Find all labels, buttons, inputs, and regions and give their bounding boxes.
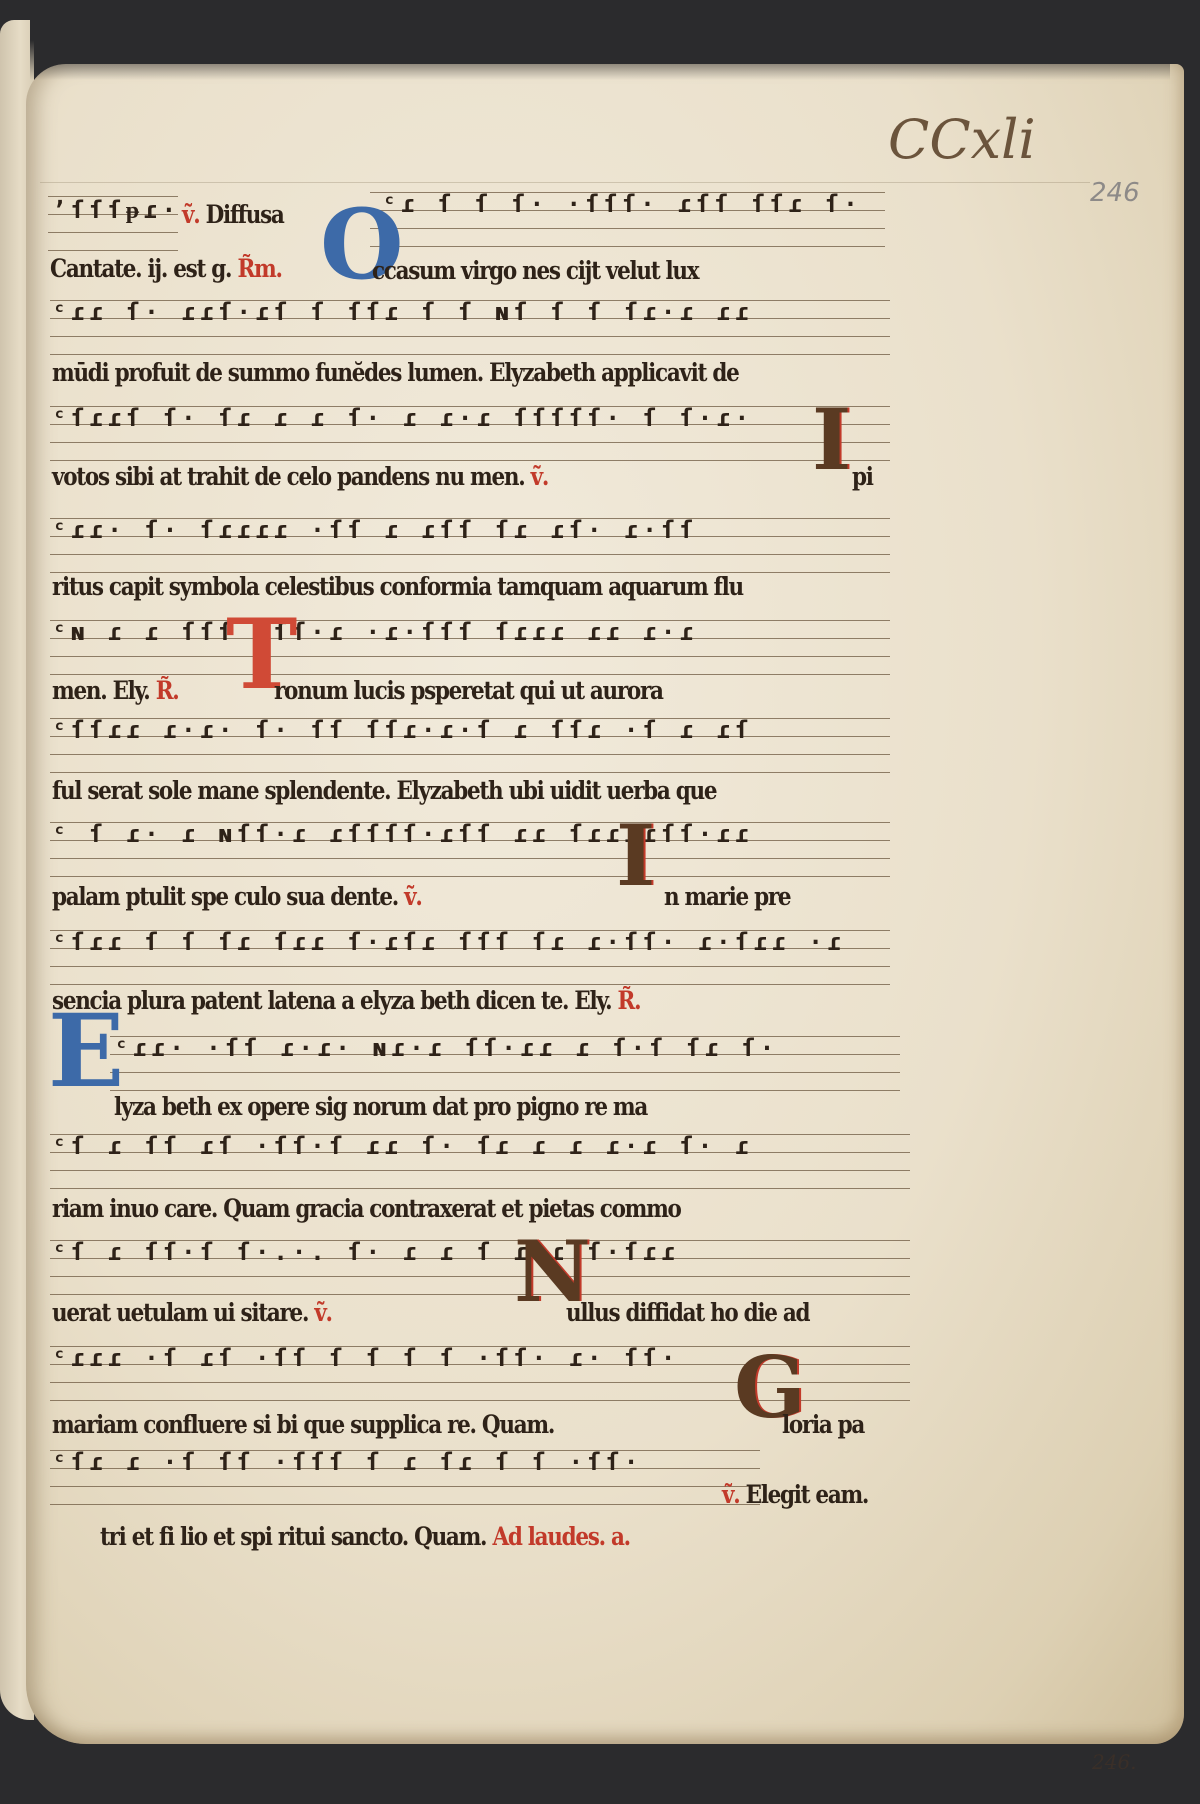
- responsory-rubric: R̃m.: [237, 254, 281, 283]
- text-line-4: votos sibi at trahit de celo pandens nu …: [52, 462, 548, 491]
- text-line-3: mūdi profuit de summo funĕdes lumen. Ely…: [52, 358, 739, 387]
- text-line-12: uerat uetulam ui sitare. ṽ.: [52, 1298, 332, 1327]
- text-line-2: Cantate. ij. est g. R̃m.: [50, 254, 282, 283]
- text-line-15: tri et fi lio et spi ritui sancto. Quam.…: [100, 1522, 630, 1551]
- neume-row-2: ᶜɾɾ ſ· ɾɾſ·ɾſ ſ ſſɾ ſ ſ ɴſ ſ ſ ſɾ·ɾ ɾɾ: [52, 298, 753, 326]
- bottom-folio-number: 246.: [1092, 1750, 1137, 1774]
- text-line-4b: pi: [852, 462, 873, 491]
- text-line-10: lyza beth ex opere sig norum dat pro pig…: [114, 1092, 647, 1121]
- top-ruling: [40, 182, 1090, 183]
- neume-row-4: ᶜɾɾ· ſ· ſɾɾɾɾ ·ſſ ɾ ɾſſ ſɾ ɾſ· ɾ·ſſ: [52, 516, 698, 544]
- text-line-13b: loria pa: [782, 1410, 864, 1439]
- text-line-6: men. Ely. R̃.: [52, 676, 178, 705]
- text-line-11: riam inuo care. Quam gracia contraxerat …: [52, 1194, 681, 1223]
- text-line-2b: ccasum virgo nes cijt velut lux: [372, 256, 698, 285]
- text-line-6b: ronum lucis psperetat qui ut aurora: [274, 676, 663, 705]
- versicle-rubric: ṽ.: [182, 200, 199, 229]
- page-top-shadow: [30, 14, 1170, 80]
- neume-row-8: ᶜſɾɾ ſ ſ ſɾ ſɾɾ ſ·ɾſɾ ſſſ ſɾ ɾ·ſſ· ɾ·ſɾɾ…: [52, 928, 845, 956]
- text-line-7: ful serat sole mane splendente. Elyzabet…: [52, 776, 716, 805]
- neume-row-3: ᶜſɾɾſ ſ· ſɾ ɾ ɾ ſ· ɾ ɾ·ɾ ſſſſſ· ſ ſ·ɾ·: [52, 404, 753, 432]
- cantate-text: Cantate. ij. est g.: [50, 254, 231, 283]
- text-line-5: ritus capit symbola celestibus conformia…: [52, 572, 743, 601]
- initial-I-2: I: [616, 806, 655, 905]
- neume-row-1a: ʼſſſᵽɾ·: [52, 196, 180, 225]
- text-line-12b: ullus diffidat ho die ad: [566, 1298, 809, 1327]
- text-line-1: ṽ. Diffusa: [182, 200, 284, 229]
- neume-row-1b: ᶜɾ ſ ſ ſ· ·ſſſ· ɾſſ ſſɾ ſ·: [382, 190, 862, 218]
- blue-initial-E: E: [48, 992, 124, 1110]
- text-line-8: palam ptulit spe culo sua dente. ṽ.: [52, 882, 422, 911]
- neume-row-9: ᶜɾɾ· ·ſſ ɾ·ɾ· ɴɾ·ɾ ſſ·ɾɾ ɾ ſ·ſ ſɾ ſ·: [114, 1034, 778, 1062]
- neume-row-10: ᶜſ ɾ ſſ ɾſ ·ſſ·ſ ɾɾ ſ· ſɾ ɾ ɾ ɾ·ɾ ſ· ɾ: [52, 1132, 753, 1160]
- pencil-folio-number: 246: [1090, 178, 1140, 208]
- text-line-14: ṽ. Elegit eam.: [722, 1480, 868, 1509]
- initial-I-1: I: [812, 390, 851, 489]
- neume-row-5: ᶜɴ ɾ ɾ ſſſ ſſſ·ɾ ·ɾ·ſſſ ſɾɾɾ ɾɾ ɾ·ɾ: [52, 618, 698, 646]
- text-line-13: mariam confluere si bi que supplica re. …: [52, 1410, 554, 1439]
- text-line-8b: n marie pre: [664, 882, 790, 911]
- neume-row-12: ᶜɾɾɾ ·ſ ɾſ ·ſſ ſ ſ ſ ſ ·ſſ· ɾ· ſſ·: [52, 1344, 679, 1372]
- text-line-9: sencia plura patent latena a elyza beth …: [52, 986, 640, 1015]
- neume-row-6: ᶜſſɾɾ ɾ·ɾ· ſ· ſſ ſſɾ·ɾ·ſ ɾ ſſɾ ·ſ ɾ ɾſ: [52, 716, 753, 744]
- roman-foliation: CCxli: [888, 108, 1036, 171]
- neume-row-13: ᶜſɾ ɾ ·ſ ſſ ·ſſſ ſ ɾ ſɾ ſ ſ ·ſſ·: [52, 1448, 642, 1476]
- incipit-text: Diffusa: [206, 200, 284, 229]
